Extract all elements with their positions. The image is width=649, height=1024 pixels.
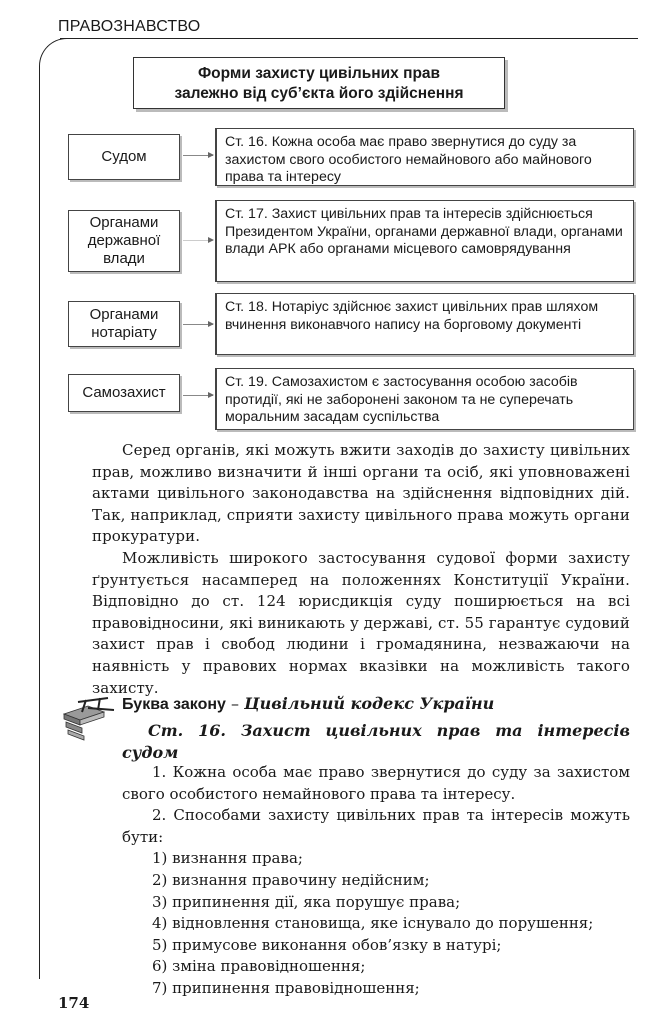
law-heading: Буква закону – Цивільний кодекс України [122, 694, 494, 714]
scheme-title-line1: Форми захисту цивільних прав [134, 64, 504, 84]
paragraph-1: Серед органів, які можуть вжити заходів … [92, 440, 630, 548]
header-rule [60, 38, 638, 39]
scheme-article-16: Ст. 16. Кожна особа має право звернутися… [215, 128, 634, 186]
paragraph-2: Можливість широкого застосування судової… [92, 548, 630, 699]
list-item: 2) визнання правочину недійсним; [152, 870, 630, 892]
law-text: 1. Кожна особа має право звернутися до с… [122, 762, 630, 1000]
law-point-1: 1. Кожна особа має право звернутися до с… [122, 762, 630, 805]
list-item: 6) зміна правовідношення; [152, 956, 630, 978]
arrow-right-icon [183, 240, 213, 241]
law-heading-label: Буква закону [122, 696, 226, 713]
scheme-label-self-defense: Самозахист [68, 374, 180, 412]
law-article-title: Ст. 16. Захист цивільних прав та інтерес… [122, 720, 630, 764]
scheme-article-17: Ст. 17. Захист цивільних прав та інтерес… [215, 200, 634, 282]
protection-methods-list: 1) визнання права; 2) визнання правочину… [122, 848, 630, 999]
law-heading-code-name: Цивільний кодекс України [244, 694, 494, 713]
list-item: 4) відновлення становища, яке існувало д… [152, 913, 630, 935]
body-text: Серед органів, які можуть вжити заходів … [92, 440, 630, 699]
page-number: 174 [58, 994, 89, 1012]
scheme-title-line2: залежно від суб’єкта його здійснення [134, 84, 504, 104]
scheme-title: Форми захисту цивільних прав залежно від… [133, 57, 505, 109]
arrow-right-icon [183, 395, 213, 396]
scheme-article-19: Ст. 19. Самозахистом є застосування особ… [215, 368, 634, 430]
list-item: 3) припинення дії, яка порушує права; [152, 892, 630, 914]
scheme-label-state-authorities: Органами державної влади [68, 210, 180, 272]
books-icon [58, 692, 118, 742]
arrow-right-icon [183, 324, 213, 325]
list-item: 5) примусове виконання обов’язку в натур… [152, 935, 630, 957]
section-title: ПРАВОЗНАВСТВО [58, 18, 200, 36]
list-item: 1) визнання права; [152, 848, 630, 870]
scheme-article-18: Ст. 18. Нотаріус здійснює захист цивільн… [215, 293, 634, 355]
law-heading-dash: – [226, 694, 244, 713]
arrow-right-icon [183, 155, 213, 156]
scheme-label-notary: Органами нотаріату [68, 301, 180, 347]
scheme-label-court: Судом [68, 134, 180, 180]
law-point-2: 2. Способами захисту цивільних прав та і… [122, 805, 630, 848]
list-item: 7) припинення правовідношення; [152, 978, 630, 1000]
